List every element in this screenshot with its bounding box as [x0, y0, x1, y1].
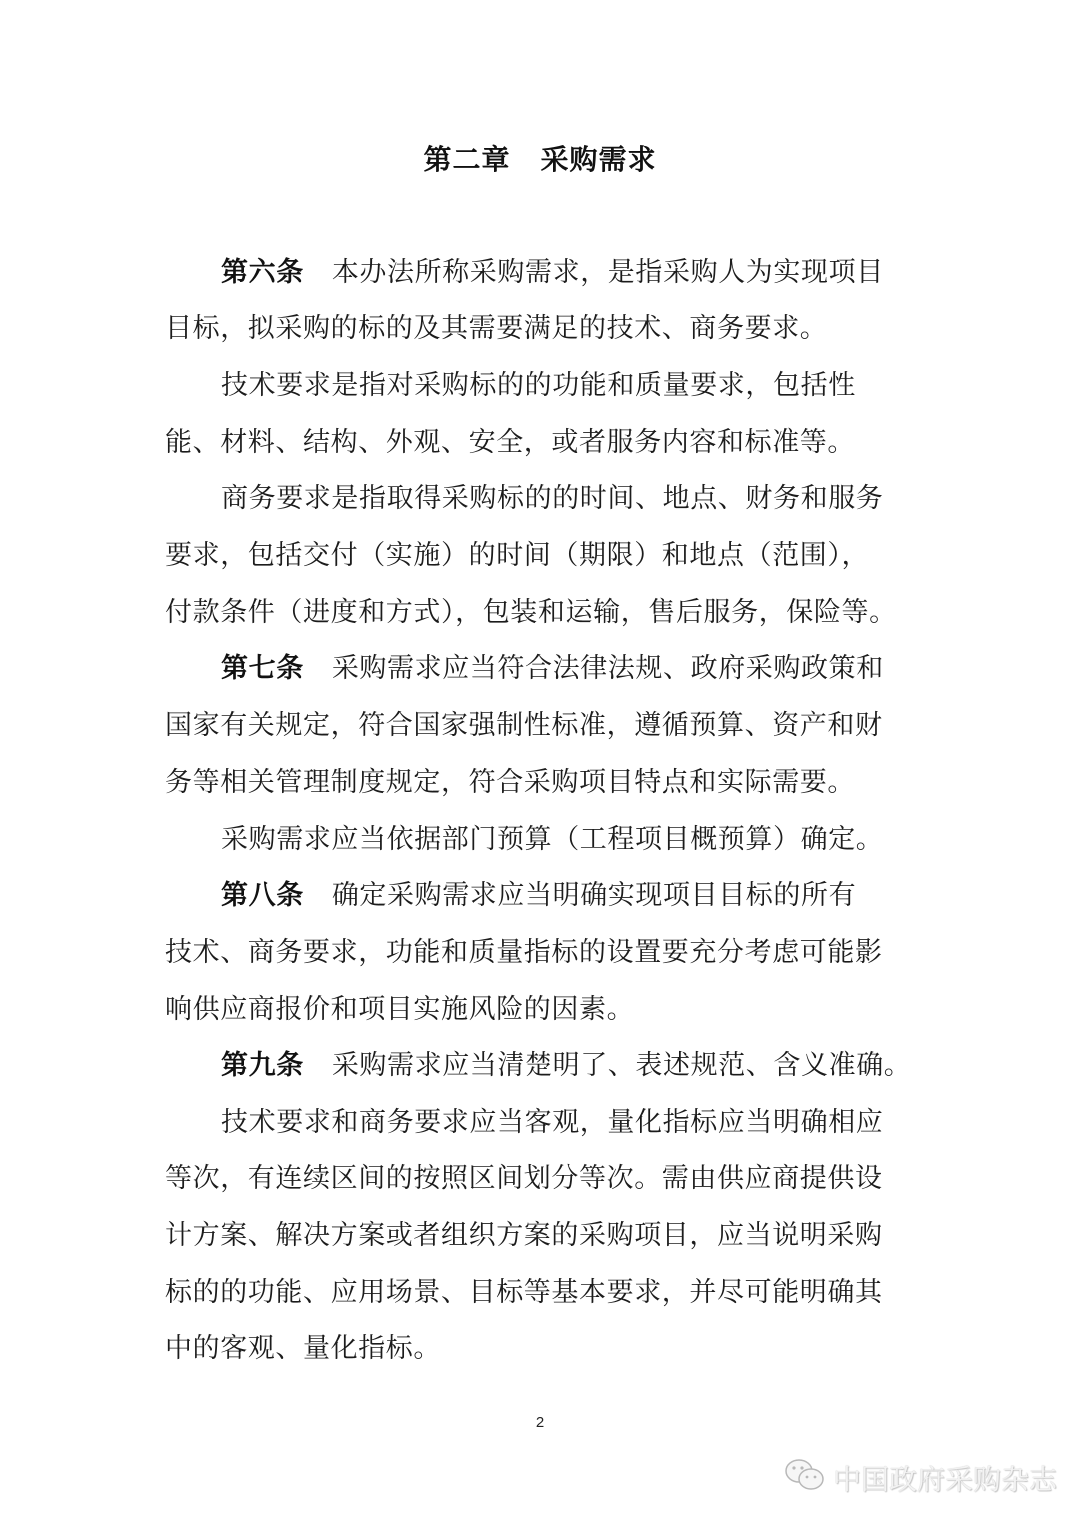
paragraph-line: 商务要求是指取得采购标的的时间、地点、财务和服务	[221, 481, 917, 517]
paragraph-line: 中的客观、量化指标。	[165, 1331, 917, 1367]
article-label: 第八条	[221, 880, 304, 911]
watermark: 中国政府采购杂志	[783, 1458, 1057, 1498]
paragraph-line: 标的的功能、应用场景、目标等基本要求，并尽可能明确其	[165, 1275, 917, 1311]
wechat-icon	[783, 1457, 827, 1500]
article-label: 第六条	[221, 257, 304, 288]
chapter-name: 采购需求	[541, 143, 657, 176]
paragraph-line: 付款条件（进度和方式），包装和运输，售后服务，保险等。	[165, 595, 917, 631]
article-label: 第九条	[221, 1050, 304, 1081]
paragraph-line: 技术、商务要求，功能和质量指标的设置要充分考虑可能影	[165, 935, 917, 971]
paragraph-line: 采购需求应当依据部门预算（工程项目概预算）确定。	[221, 822, 917, 858]
article-label: 第七条	[221, 653, 304, 684]
paragraph-line: 目标，拟采购的标的及其需要满足的技术、商务要求。	[165, 311, 917, 347]
paragraph-line: 第九条采购需求应当清楚明了、表述规范、含义准确。	[221, 1048, 917, 1084]
paragraph-line: 等次，有连续区间的按照区间划分等次。需由供应商提供设	[165, 1161, 917, 1197]
chapter-number: 第二章	[423, 143, 510, 176]
paragraph-line: 国家有关规定，符合国家强制性标准，遵循预算、资产和财	[165, 708, 917, 744]
paragraph-line: 计方案、解决方案或者组织方案的采购项目，应当说明采购	[165, 1218, 917, 1254]
paragraph-line: 能、材料、结构、外观、安全，或者服务内容和标准等。	[165, 425, 917, 461]
paragraph-line: 第六条本办法所称采购需求，是指采购人为实现项目	[221, 255, 917, 291]
paragraph-line: 技术要求和商务要求应当客观，量化指标应当明确相应	[221, 1105, 917, 1141]
watermark-text: 中国政府采购杂志	[833, 1458, 1057, 1498]
paragraph-line: 第八条确定采购需求应当明确实现项目目标的所有	[221, 878, 917, 914]
page-number: 2	[0, 1414, 1080, 1431]
paragraph-line: 响供应商报价和项目实施风险的因素。	[165, 992, 917, 1028]
paragraph-line: 技术要求是指对采购标的的功能和质量要求，包括性	[221, 368, 917, 404]
paragraph-line: 第七条采购需求应当符合法律法规、政府采购政策和	[221, 651, 917, 687]
paragraph-line: 务等相关管理制度规定，符合采购项目特点和实际需要。	[165, 765, 917, 801]
paragraph-line: 要求，包括交付（实施）的时间（期限）和地点（范围），	[165, 538, 917, 574]
chapter-title: 第二章采购需求	[0, 138, 1080, 178]
